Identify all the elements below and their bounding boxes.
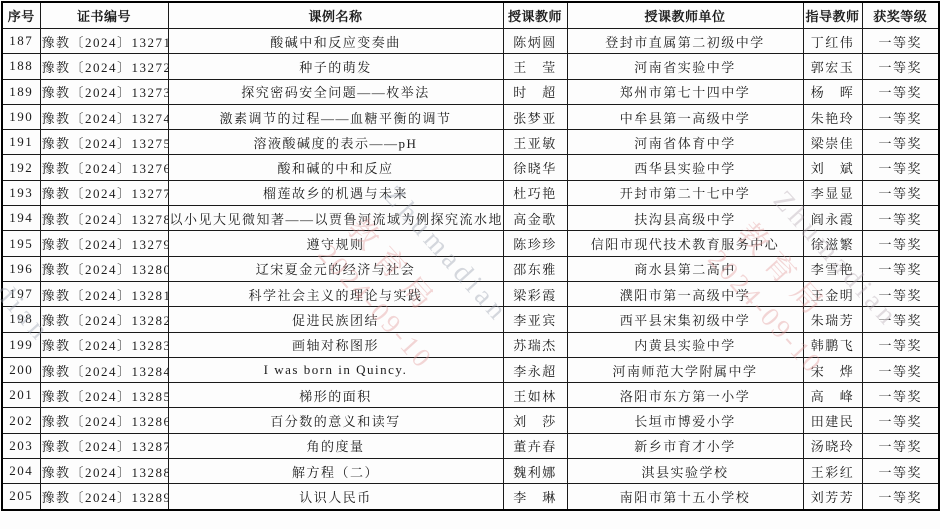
lesson-name-cell: 百分数的意义和读写 (168, 408, 503, 433)
serial-cell: 201 (2, 383, 40, 408)
table-row: 189豫教〔2024〕13273探究密码安全问题——枚举法时 超郑州市第七十四中… (2, 79, 939, 104)
school-cell: 河南省体育中学 (567, 130, 803, 155)
advisor-cell: 杨 晖 (803, 79, 862, 104)
teacher-cell: 陈炳圆 (503, 29, 567, 54)
award-level-cell: 一等奖 (862, 307, 939, 332)
advisor-cell: 郭宏玉 (803, 54, 862, 79)
advisor-cell: 田建民 (803, 408, 862, 433)
table-row: 203豫教〔2024〕13287角的度量董卉春新乡市育才小学汤晓玲一等奖 (2, 433, 939, 458)
table-row: 194豫教〔2024〕13278以小见大见微知著——以贾鲁河流域为例探究流水地貌… (2, 206, 939, 231)
table-row: 195豫教〔2024〕13279遵守规则陈珍珍信阳市现代技术教育服务中心徐滋繁一… (2, 231, 939, 256)
table-row: 191豫教〔2024〕13275溶液酸碱度的表示——pH王亚敏河南省体育中学梁崇… (2, 130, 939, 155)
advisor-cell: 宋 烨 (803, 357, 862, 382)
award-level-cell: 一等奖 (862, 29, 939, 54)
advisor-cell: 汤晓玲 (803, 433, 862, 458)
table-row: 188豫教〔2024〕13272种子的萌发王 莹河南省实验中学郭宏玉一等奖 (2, 54, 939, 79)
serial-cell: 204 (2, 459, 40, 484)
advisor-cell: 王金明 (803, 281, 862, 306)
award-level-cell: 一等奖 (862, 54, 939, 79)
table-row: 202豫教〔2024〕13286百分数的意义和读写刘 莎长垣市博爱小学田建民一等… (2, 408, 939, 433)
column-header: 序号 (2, 2, 40, 29)
lesson-name-cell: 辽宋夏金元的经济与社会 (168, 256, 503, 281)
table-row: 199豫教〔2024〕13283画轴对称图形苏瑞杰内黄县实验中学韩鹏飞一等奖 (2, 332, 939, 357)
serial-cell: 194 (2, 206, 40, 231)
award-level-cell: 一等奖 (862, 79, 939, 104)
cert-number-cell: 豫教〔2024〕13279 (40, 231, 168, 256)
teacher-cell: 杜巧艳 (503, 180, 567, 205)
lesson-name-cell: 科学社会主义的理论与实践 (168, 281, 503, 306)
advisor-cell: 李雪艳 (803, 256, 862, 281)
teacher-cell: 王亚敏 (503, 130, 567, 155)
advisor-cell: 刘芳芳 (803, 484, 862, 510)
award-level-cell: 一等奖 (862, 484, 939, 510)
lesson-name-cell: 种子的萌发 (168, 54, 503, 79)
teacher-cell: 李永超 (503, 357, 567, 382)
lesson-name-cell: 探究密码安全问题——枚举法 (168, 79, 503, 104)
award-level-cell: 一等奖 (862, 155, 939, 180)
school-cell: 中牟县第一高级中学 (567, 104, 803, 129)
lesson-name-cell: 溶液酸碱度的表示——pH (168, 130, 503, 155)
serial-cell: 191 (2, 130, 40, 155)
school-cell: 河南省实验中学 (567, 54, 803, 79)
school-cell: 河南师范大学附属中学 (567, 357, 803, 382)
lesson-name-cell: 认识人民币 (168, 484, 503, 510)
table-body: 187豫教〔2024〕13271酸碱中和反应变奏曲陈炳圆登封市直属第二初级中学丁… (2, 29, 939, 510)
cert-number-cell: 豫教〔2024〕13272 (40, 54, 168, 79)
teacher-cell: 刘 莎 (503, 408, 567, 433)
teacher-cell: 李亚宾 (503, 307, 567, 332)
advisor-cell: 李显显 (803, 180, 862, 205)
cert-number-cell: 豫教〔2024〕13283 (40, 332, 168, 357)
serial-cell: 193 (2, 180, 40, 205)
teacher-cell: 王 莹 (503, 54, 567, 79)
award-level-cell: 一等奖 (862, 180, 939, 205)
lesson-name-cell: 解方程（二） (168, 459, 503, 484)
school-cell: 西平县宋集初级中学 (567, 307, 803, 332)
cert-number-cell: 豫教〔2024〕13288 (40, 459, 168, 484)
lesson-name-cell: 榴莲故乡的机遇与未来 (168, 180, 503, 205)
award-table: 序号证书编号课例名称授课教师授课教师单位指导教师获奖等级 187豫教〔2024〕… (1, 1, 940, 511)
column-header: 课例名称 (168, 2, 503, 29)
serial-cell: 190 (2, 104, 40, 129)
award-level-cell: 一等奖 (862, 332, 939, 357)
school-cell: 登封市直属第二初级中学 (567, 29, 803, 54)
award-level-cell: 一等奖 (862, 357, 939, 382)
school-cell: 郑州市第七十四中学 (567, 79, 803, 104)
table-row: 190豫教〔2024〕13274激素调节的过程——血糖平衡的调节张梦亚中牟县第一… (2, 104, 939, 129)
school-cell: 濮阳市第一高级中学 (567, 281, 803, 306)
teacher-cell: 魏利娜 (503, 459, 567, 484)
teacher-cell: 张梦亚 (503, 104, 567, 129)
serial-cell: 202 (2, 408, 40, 433)
teacher-cell: 邵东雅 (503, 256, 567, 281)
lesson-name-cell: 促进民族团结 (168, 307, 503, 332)
cert-number-cell: 豫教〔2024〕13282 (40, 307, 168, 332)
advisor-cell: 朱艳玲 (803, 104, 862, 129)
header-row: 序号证书编号课例名称授课教师授课教师单位指导教师获奖等级 (2, 2, 939, 29)
cert-number-cell: 豫教〔2024〕13286 (40, 408, 168, 433)
column-header: 获奖等级 (862, 2, 939, 29)
advisor-cell: 刘 斌 (803, 155, 862, 180)
award-level-cell: 一等奖 (862, 383, 939, 408)
teacher-cell: 陈珍珍 (503, 231, 567, 256)
serial-cell: 196 (2, 256, 40, 281)
serial-cell: 198 (2, 307, 40, 332)
teacher-cell: 董卉春 (503, 433, 567, 458)
table-row: 197豫教〔2024〕13281科学社会主义的理论与实践梁彩霞濮阳市第一高级中学… (2, 281, 939, 306)
advisor-cell: 丁红伟 (803, 29, 862, 54)
serial-cell: 188 (2, 54, 40, 79)
advisor-cell: 王彩红 (803, 459, 862, 484)
lesson-name-cell: 酸碱中和反应变奏曲 (168, 29, 503, 54)
teacher-cell: 李 琳 (503, 484, 567, 510)
cert-number-cell: 豫教〔2024〕13287 (40, 433, 168, 458)
table-row: 193豫教〔2024〕13277榴莲故乡的机遇与未来杜巧艳开封市第二十七中学李显… (2, 180, 939, 205)
school-cell: 扶沟县高级中学 (567, 206, 803, 231)
advisor-cell: 梁崇佳 (803, 130, 862, 155)
advisor-cell: 徐滋繁 (803, 231, 862, 256)
table-row: 192豫教〔2024〕13276酸和碱的中和反应徐晓华西华县实验中学刘 斌一等奖 (2, 155, 939, 180)
award-level-cell: 一等奖 (862, 104, 939, 129)
lesson-name-cell: I was born in Quincy. (168, 357, 503, 382)
cert-number-cell: 豫教〔2024〕13289 (40, 484, 168, 510)
award-level-cell: 一等奖 (862, 281, 939, 306)
school-cell: 开封市第二十七中学 (567, 180, 803, 205)
award-list-page: Zhumadian 教育局 2024-09-10 Zhumadian 教育局 2… (0, 0, 940, 529)
serial-cell: 195 (2, 231, 40, 256)
cert-number-cell: 豫教〔2024〕13280 (40, 256, 168, 281)
serial-cell: 192 (2, 155, 40, 180)
cert-number-cell: 豫教〔2024〕13284 (40, 357, 168, 382)
school-cell: 商水县第二高中 (567, 256, 803, 281)
lesson-name-cell: 角的度量 (168, 433, 503, 458)
award-level-cell: 一等奖 (862, 408, 939, 433)
award-level-cell: 一等奖 (862, 256, 939, 281)
table-row: 198豫教〔2024〕13282促进民族团结李亚宾西平县宋集初级中学朱瑞芳一等奖 (2, 307, 939, 332)
teacher-cell: 梁彩霞 (503, 281, 567, 306)
table-row: 187豫教〔2024〕13271酸碱中和反应变奏曲陈炳圆登封市直属第二初级中学丁… (2, 29, 939, 54)
cert-number-cell: 豫教〔2024〕13274 (40, 104, 168, 129)
cert-number-cell: 豫教〔2024〕13278 (40, 206, 168, 231)
serial-cell: 199 (2, 332, 40, 357)
school-cell: 洛阳市东方第一小学 (567, 383, 803, 408)
advisor-cell: 韩鹏飞 (803, 332, 862, 357)
advisor-cell: 朱瑞芳 (803, 307, 862, 332)
column-header: 授课教师 (503, 2, 567, 29)
cert-number-cell: 豫教〔2024〕13271 (40, 29, 168, 54)
teacher-cell: 苏瑞杰 (503, 332, 567, 357)
column-header: 证书编号 (40, 2, 168, 29)
serial-cell: 197 (2, 281, 40, 306)
table-row: 204豫教〔2024〕13288解方程（二）魏利娜淇县实验学校王彩红一等奖 (2, 459, 939, 484)
cert-number-cell: 豫教〔2024〕13273 (40, 79, 168, 104)
award-level-cell: 一等奖 (862, 130, 939, 155)
lesson-name-cell: 画轴对称图形 (168, 332, 503, 357)
table-row: 205豫教〔2024〕13289认识人民币李 琳南阳市第十五小学校刘芳芳一等奖 (2, 484, 939, 510)
school-cell: 新乡市育才小学 (567, 433, 803, 458)
teacher-cell: 高金歌 (503, 206, 567, 231)
table-row: 200豫教〔2024〕13284I was born in Quincy.李永超… (2, 357, 939, 382)
lesson-name-cell: 以小见大见微知著——以贾鲁河流域为例探究流水地貌的发育 (168, 206, 503, 231)
column-header: 指导教师 (803, 2, 862, 29)
lesson-name-cell: 酸和碱的中和反应 (168, 155, 503, 180)
school-cell: 内黄县实验中学 (567, 332, 803, 357)
table-row: 201豫教〔2024〕13285梯形的面积王如林洛阳市东方第一小学高 峰一等奖 (2, 383, 939, 408)
serial-cell: 187 (2, 29, 40, 54)
table-row: 196豫教〔2024〕13280辽宋夏金元的经济与社会邵东雅商水县第二高中李雪艳… (2, 256, 939, 281)
serial-cell: 205 (2, 484, 40, 510)
teacher-cell: 时 超 (503, 79, 567, 104)
award-level-cell: 一等奖 (862, 231, 939, 256)
cert-number-cell: 豫教〔2024〕13275 (40, 130, 168, 155)
award-level-cell: 一等奖 (862, 459, 939, 484)
school-cell: 南阳市第十五小学校 (567, 484, 803, 510)
cert-number-cell: 豫教〔2024〕13276 (40, 155, 168, 180)
lesson-name-cell: 梯形的面积 (168, 383, 503, 408)
teacher-cell: 徐晓华 (503, 155, 567, 180)
school-cell: 长垣市博爱小学 (567, 408, 803, 433)
advisor-cell: 高 峰 (803, 383, 862, 408)
cert-number-cell: 豫教〔2024〕13285 (40, 383, 168, 408)
award-level-cell: 一等奖 (862, 206, 939, 231)
cert-number-cell: 豫教〔2024〕13277 (40, 180, 168, 205)
cert-number-cell: 豫教〔2024〕13281 (40, 281, 168, 306)
school-cell: 淇县实验学校 (567, 459, 803, 484)
serial-cell: 203 (2, 433, 40, 458)
school-cell: 西华县实验中学 (567, 155, 803, 180)
advisor-cell: 阎永霞 (803, 206, 862, 231)
serial-cell: 189 (2, 79, 40, 104)
school-cell: 信阳市现代技术教育服务中心 (567, 231, 803, 256)
column-header: 授课教师单位 (567, 2, 803, 29)
lesson-name-cell: 遵守规则 (168, 231, 503, 256)
teacher-cell: 王如林 (503, 383, 567, 408)
lesson-name-cell: 激素调节的过程——血糖平衡的调节 (168, 104, 503, 129)
award-level-cell: 一等奖 (862, 433, 939, 458)
serial-cell: 200 (2, 357, 40, 382)
